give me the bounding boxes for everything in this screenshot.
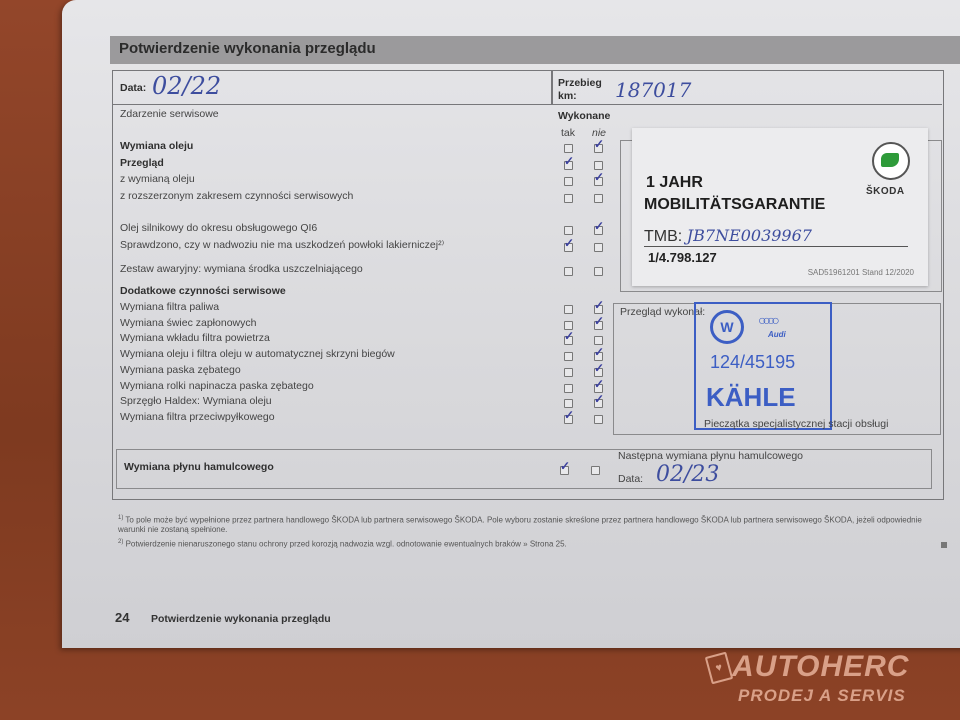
additional-item-yes-checkbox[interactable] bbox=[564, 368, 573, 377]
additional-item-no-checkbox[interactable] bbox=[594, 415, 603, 424]
skoda-logo-icon bbox=[872, 142, 910, 180]
service-item-label: Zestaw awaryjny: wymiana środka uszczeln… bbox=[120, 263, 363, 275]
service-item-label: Przegląd bbox=[120, 157, 164, 169]
mileage-value[interactable]: 187017 bbox=[615, 78, 691, 102]
service-item-yes-checkbox[interactable] bbox=[564, 177, 573, 186]
stamp-number: 124/45195 bbox=[710, 352, 795, 373]
next-date-label: Data: bbox=[618, 473, 643, 485]
additional-item-label: Wymiana rolki napinacza paska zębatego bbox=[120, 380, 314, 392]
page-number: 24 bbox=[115, 610, 129, 625]
stamp-dealer: KÄHLE bbox=[706, 382, 796, 413]
mileage-unit-label: km: bbox=[558, 90, 577, 102]
service-item-yes-checkbox[interactable] bbox=[564, 144, 573, 153]
additional-item-no-checkbox[interactable] bbox=[594, 384, 603, 393]
footnote-2: 2) Potwierdzenie nienaruszonego stanu oc… bbox=[118, 539, 928, 549]
audi-rings-icon: ○○○○ bbox=[758, 312, 776, 328]
service-item-yes-checkbox[interactable] bbox=[564, 243, 573, 252]
warranty-line2: MOBILITÄTSGARANTIE bbox=[644, 196, 825, 214]
vin-prefix: TMB: bbox=[644, 228, 682, 245]
warranty-line1: 1 JAHR bbox=[646, 174, 703, 192]
service-item-no-checkbox[interactable] bbox=[594, 226, 603, 235]
audi-brand: Audi bbox=[768, 330, 786, 339]
additional-item-no-checkbox[interactable] bbox=[594, 336, 603, 345]
additional-item-label: Wymiana wkładu filtra powietrza bbox=[120, 332, 270, 344]
service-item-yes-checkbox[interactable] bbox=[564, 194, 573, 203]
service-item-label: z wymianą oleju bbox=[120, 173, 195, 185]
warranty-number: 1/4.798.127 bbox=[648, 250, 717, 265]
watermark-tagline: PRODEJ A SERVIS bbox=[738, 686, 906, 706]
service-item-yes-checkbox[interactable] bbox=[564, 267, 573, 276]
date-label: Data: bbox=[120, 82, 146, 94]
service-item-no-checkbox[interactable] bbox=[594, 194, 603, 203]
additional-item-yes-checkbox[interactable] bbox=[564, 352, 573, 361]
done-column-header: Wykonane bbox=[558, 110, 610, 122]
additional-item-label: Wymiana paska zębatego bbox=[120, 364, 241, 376]
service-item-yes-checkbox[interactable] bbox=[564, 161, 573, 170]
footnote-1: 1) To pole może być wypełnione przez par… bbox=[118, 515, 928, 534]
brake-fluid-no-checkbox[interactable] bbox=[591, 466, 600, 475]
service-item-label: Wymiana oleju bbox=[120, 140, 193, 152]
section-label: Zdarzenie serwisowe bbox=[120, 108, 219, 120]
service-item-no-checkbox[interactable] bbox=[594, 267, 603, 276]
warranty-code: SAD51961201 Stand 12/2020 bbox=[808, 268, 914, 277]
additional-item-label: Sprzęgło Haldex: Wymiana oleju bbox=[120, 395, 272, 407]
additional-item-no-checkbox[interactable] bbox=[594, 399, 603, 408]
additional-item-yes-checkbox[interactable] bbox=[564, 415, 573, 424]
additional-item-no-checkbox[interactable] bbox=[594, 352, 603, 361]
date-value[interactable]: 02/22 bbox=[152, 72, 221, 100]
end-marker-icon bbox=[941, 542, 947, 548]
skoda-brand: ŠKODA bbox=[866, 186, 905, 197]
service-item-label: Sprawdzono, czy w nadwoziu nie ma uszkod… bbox=[120, 239, 444, 251]
brake-fluid-label: Wymiana płynu hamulcowego bbox=[124, 461, 274, 473]
additional-item-yes-checkbox[interactable] bbox=[564, 399, 573, 408]
page-header-bar: Potwierdzenie wykonania przeglądu bbox=[110, 36, 960, 64]
additional-item-label: Wymiana filtra przeciwpyłkowego bbox=[120, 411, 275, 423]
service-item-label: Olej silnikowy do okresu obsługowego QI6 bbox=[120, 222, 317, 234]
vin-line: TMB: JB7NE0039967 bbox=[644, 226, 908, 247]
additional-item-no-checkbox[interactable] bbox=[594, 305, 603, 314]
service-performed-label: Przegląd wykonał: bbox=[620, 306, 705, 318]
additional-item-yes-checkbox[interactable] bbox=[564, 384, 573, 393]
service-item-no-checkbox[interactable] bbox=[594, 243, 603, 252]
additional-item-label: Wymiana świec zapłonowych bbox=[120, 317, 256, 329]
service-item-no-checkbox[interactable] bbox=[594, 177, 603, 186]
divider bbox=[551, 70, 553, 104]
additional-section-label: Dodatkowe czynności serwisowe bbox=[120, 285, 286, 297]
additional-item-yes-checkbox[interactable] bbox=[564, 321, 573, 330]
stamp-caption: Pieczątka specjalistycznej stacji obsług… bbox=[704, 418, 888, 430]
date-mileage-row bbox=[112, 70, 942, 105]
additional-item-label: Wymiana oleju i filtra oleju w automatyc… bbox=[120, 348, 395, 360]
service-item-yes-checkbox[interactable] bbox=[564, 226, 573, 235]
yes-column-header: tak bbox=[561, 127, 575, 139]
additional-item-yes-checkbox[interactable] bbox=[564, 305, 573, 314]
warranty-card: 1 JAHR MOBILITÄTSGARANTIE TMB: JB7NE0039… bbox=[632, 128, 928, 286]
page-title: Potwierdzenie wykonania przeglądu bbox=[119, 40, 376, 57]
vin-value: JB7NE0039967 bbox=[687, 226, 812, 245]
footer-title: Potwierdzenie wykonania przeglądu bbox=[151, 613, 331, 625]
watermark-name: AUTOHERC bbox=[732, 650, 909, 684]
brake-fluid-yes-checkbox[interactable] bbox=[560, 466, 569, 475]
additional-item-yes-checkbox[interactable] bbox=[564, 336, 573, 345]
vw-logo-icon: W bbox=[710, 310, 744, 344]
additional-item-label: Wymiana filtra paliwa bbox=[120, 301, 219, 313]
mileage-label: Przebieg bbox=[558, 77, 602, 89]
additional-item-no-checkbox[interactable] bbox=[594, 321, 603, 330]
next-brake-fluid-label: Następna wymiana płynu hamulcowego bbox=[618, 450, 803, 462]
service-item-label: z rozszerzonym zakresem czynności serwis… bbox=[120, 190, 353, 202]
dealer-stamp: W ○○○○ Audi 124/45195 KÄHLE bbox=[694, 302, 832, 430]
additional-item-no-checkbox[interactable] bbox=[594, 368, 603, 377]
service-item-no-checkbox[interactable] bbox=[594, 161, 603, 170]
service-item-no-checkbox[interactable] bbox=[594, 144, 603, 153]
next-date-value[interactable]: 02/23 bbox=[656, 462, 719, 487]
